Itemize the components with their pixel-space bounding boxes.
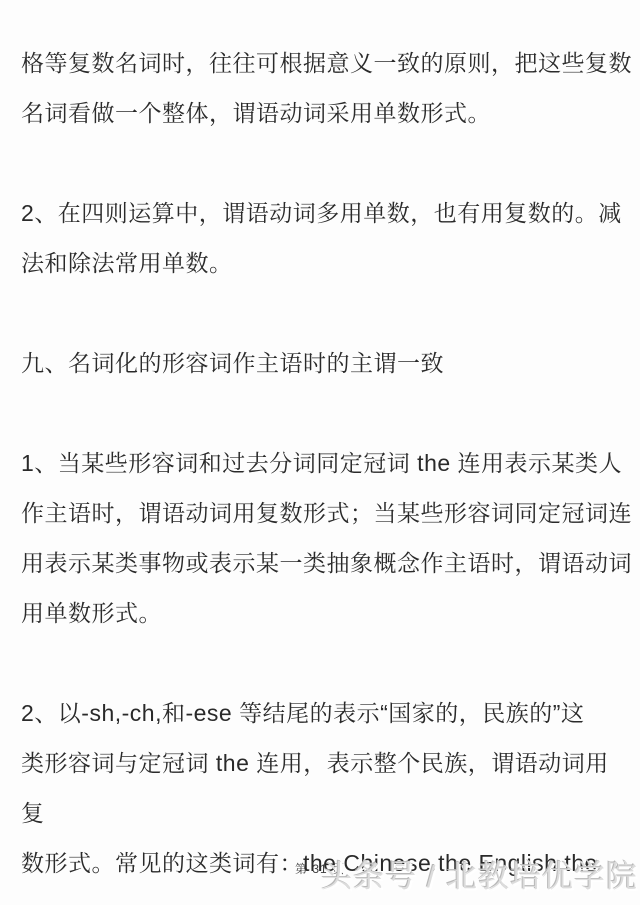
paragraph-point-1: 1、当某些形容词和过去分词同定冠词 the 连用表示某类人 作主语时，谓语动词用… (21, 438, 632, 638)
paragraph-continuation: 格等复数名词时，往往可根据意义一致的原则，把这些复数 名词看做一个整体，谓语动词… (21, 38, 632, 138)
watermark-toutiao: 头条号 / 北教培优学院 (321, 851, 638, 896)
paragraph-rule-2-arithmetic: 2、在四则运算中，谓语动词多用单数，也有用复数的。减 法和除法常用单数。 (21, 188, 632, 288)
section-heading-9: 九、名词化的形容词作主语时的主谓一致 (21, 338, 632, 388)
document-page: 格等复数名词时，往往可根据意义一致的原则，把这些复数 名词看做一个整体，谓语动词… (0, 0, 640, 888)
